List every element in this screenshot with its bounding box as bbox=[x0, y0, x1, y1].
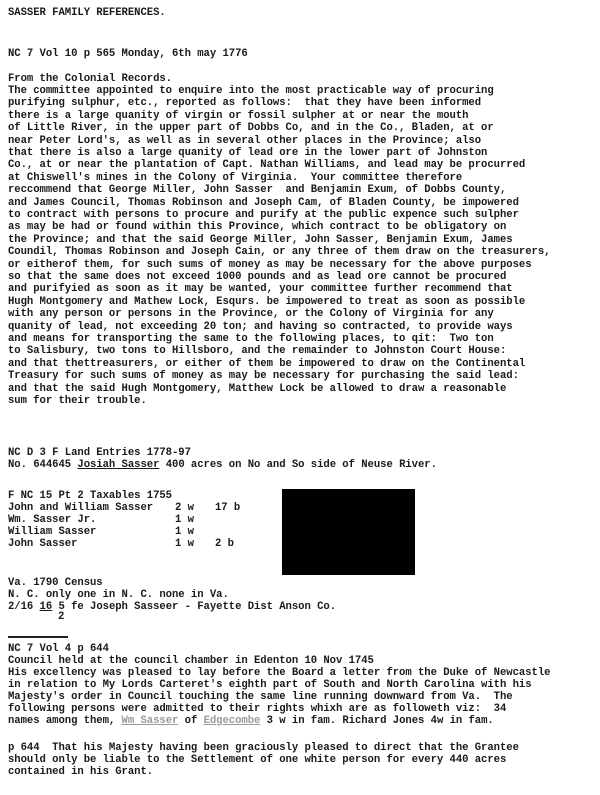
names-line: names among them, Wm Sasser of Edgecombe… bbox=[8, 715, 494, 727]
body-line: quanity of lead, not exceeding 20 ton; a… bbox=[8, 321, 513, 333]
body-line: and purifyied as soon as it may be wante… bbox=[8, 283, 513, 295]
body-line: should only be liable to the Settlement … bbox=[8, 754, 506, 766]
body-line: Majesty's order in Council touching the … bbox=[8, 691, 513, 703]
census-line1: N. C. only one in N. C. none in Va. bbox=[8, 589, 229, 601]
body-line: or eitherof them, for such sums of money… bbox=[8, 259, 532, 271]
taxable-name: William Sasser bbox=[8, 526, 96, 538]
divider-rule bbox=[8, 636, 68, 638]
body-line: in relation to My Lords Carteret's eight… bbox=[8, 679, 532, 691]
body-line: of Little River, in the upper part of Do… bbox=[8, 122, 494, 134]
taxable-white-count: 2 w bbox=[175, 502, 194, 514]
body-line: Council held at the council chamber in E… bbox=[8, 655, 374, 667]
taxable-white-count: 1 w bbox=[175, 538, 194, 550]
taxable-name: John and William Sasser bbox=[8, 502, 153, 514]
body-line: there is a large quanity of virgin or fo… bbox=[8, 110, 468, 122]
land-entry: No. 644645 Josiah Sasser 400 acres on No… bbox=[8, 459, 437, 471]
entry-number: No. 644645 bbox=[8, 459, 77, 471]
body-line: with any person or persons in the Provin… bbox=[8, 308, 494, 320]
body-line: Co., at or near the plantation of Capt. … bbox=[8, 159, 525, 171]
body-line: purifying sulphur, etc., reported as fol… bbox=[8, 97, 481, 109]
taxable-white-count: 1 w bbox=[175, 526, 194, 538]
document-title: SASSER FAMILY REFERENCES. bbox=[8, 7, 166, 19]
names-of: of bbox=[178, 715, 203, 727]
body-line: The committee appointed to enquire into … bbox=[8, 85, 494, 97]
body-line: contained in his Grant. bbox=[8, 766, 153, 778]
section4-heading: Va. 1790 Census bbox=[8, 577, 103, 589]
names-prefix: names among them, bbox=[8, 715, 122, 727]
census-date: 2/16 bbox=[8, 601, 40, 613]
fraction-numerator: 16 bbox=[40, 601, 53, 613]
body-line: reccommend that George Miller, John Sass… bbox=[8, 184, 506, 196]
body-line: following persons were admitted to their… bbox=[8, 703, 506, 715]
section2-heading: NC D 3 F Land Entries 1778-97 bbox=[8, 447, 191, 459]
names-suffix: 3 w in fam. Richard Jones 4w in fam. bbox=[260, 715, 493, 727]
section1-source: From the Colonial Records. bbox=[8, 73, 172, 85]
body-line: near Peter Lord's, as well as in several… bbox=[8, 135, 481, 147]
body-line: His excellency was pleased to lay before… bbox=[8, 667, 550, 679]
body-line: and that thettreasurers, or either of th… bbox=[8, 358, 525, 370]
body-line: sum for their trouble. bbox=[8, 395, 147, 407]
body-line: that there is also a large quanity of le… bbox=[8, 147, 487, 159]
body-line: to Salisbury, two tons to Hillsboro, and… bbox=[8, 345, 506, 357]
place-edgecombe: Edgecombe bbox=[204, 715, 261, 727]
body-line: and means for transporting the same to t… bbox=[8, 333, 494, 345]
body-line: so that the same does not exceed 1000 po… bbox=[8, 271, 506, 283]
body-line: the Province; and that the said George M… bbox=[8, 234, 513, 246]
section5-heading: NC 7 Vol 4 p 644 bbox=[8, 643, 109, 655]
census-entry: 5 fe Joseph Sasseer - Fayette Dist Anson… bbox=[52, 601, 336, 613]
taxable-black-count: 2 b bbox=[215, 538, 234, 550]
body-line: and that the said Hugh Montgomery, Matth… bbox=[8, 383, 506, 395]
fraction-denominator: 2 bbox=[58, 611, 64, 623]
body-line: and James Council, Thomas Robinson and J… bbox=[8, 197, 519, 209]
document-page: SASSER FAMILY REFERENCES. NC 7 Vol 10 p … bbox=[0, 0, 600, 795]
section3-heading: F NC 15 Pt 2 Taxables 1755 bbox=[8, 490, 172, 502]
taxable-black-count: 17 b bbox=[215, 502, 240, 514]
entry-name: Josiah Sasser bbox=[77, 459, 159, 471]
body-line: Coundil, Thomas Robinson and Joseph Cain… bbox=[8, 246, 550, 258]
body-line: as may be had or found within this Provi… bbox=[8, 221, 506, 233]
taxable-name: Wm. Sasser Jr. bbox=[8, 514, 96, 526]
section1-heading: NC 7 Vol 10 p 565 Monday, 6th may 1776 bbox=[8, 48, 248, 60]
taxable-name: John Sasser bbox=[8, 538, 77, 550]
body-line: at Chiswell's mines in the Colony of Vir… bbox=[8, 172, 462, 184]
body-line: to contract with persons to procure and … bbox=[8, 209, 519, 221]
body-line: p 644 That his Majesty having been graci… bbox=[8, 742, 519, 754]
redaction-box bbox=[282, 489, 415, 575]
body-line: Hugh Montgomery and Mathew Lock, Esqurs.… bbox=[8, 296, 525, 308]
taxable-white-count: 1 w bbox=[175, 514, 194, 526]
body-line: Treasury for such sums of money as may b… bbox=[8, 370, 519, 382]
entry-detail: 400 acres on No and So side of Neuse Riv… bbox=[159, 459, 437, 471]
name-wm-sasser: Wm Sasser bbox=[122, 715, 179, 727]
